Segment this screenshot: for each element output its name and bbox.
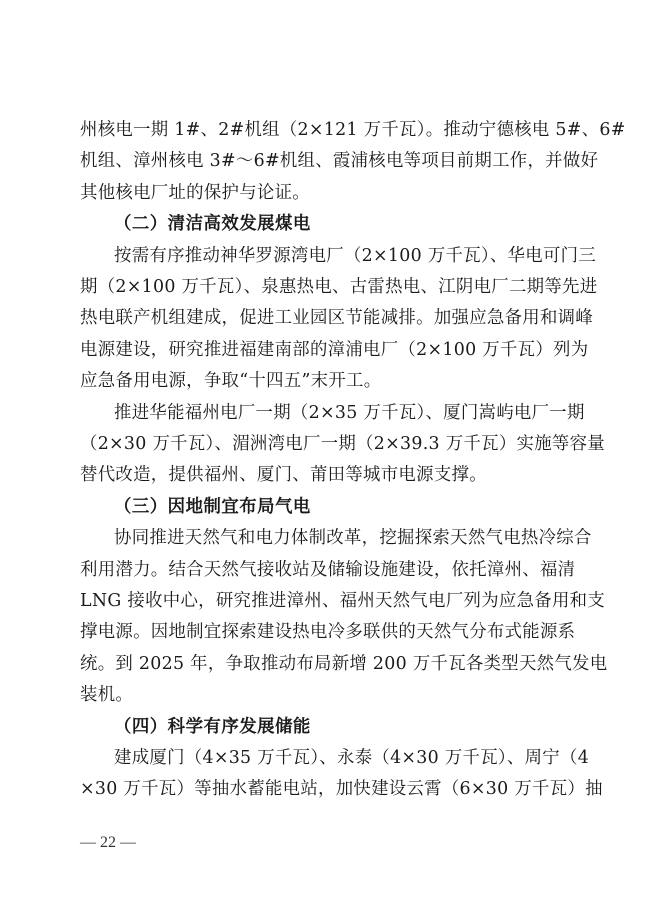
- paragraph-line: 热电联产机组建成，促进工业园区节能减排。加强应急备用和调峰: [80, 303, 564, 334]
- paragraph-line: 撑电源。因地制宜探索建设热电冷多联供的天然气分布式能源系: [80, 617, 564, 648]
- section-heading: （三）因地制宜布局气电: [114, 492, 311, 523]
- paragraph-line: 其他核电厂址的保护与论证。: [80, 178, 564, 209]
- paragraph-line: 利用潜力。结合天然气接收站及储输设施建设，依托漳州、福清: [80, 555, 564, 586]
- paragraph-line: 应急备用电源，争取“十四五”末开工。: [80, 366, 564, 397]
- paragraph-line: 按需有序推动神华罗源湾电厂（2×100 万千瓦）、华电可门三: [114, 241, 564, 272]
- paragraph-line: ×30 万千瓦）等抽水蓄能电站，加快建设云霄（6×30 万千瓦）抽: [80, 774, 564, 805]
- paragraph-line: 装机。: [80, 680, 564, 711]
- paragraph-line: 统。到 2025 年，争取推动布局新增 200 万千瓦各类型天然气发电: [80, 649, 564, 680]
- page-number: — 22 —: [80, 830, 136, 856]
- paragraph-line: 建成厦门（4×35 万千瓦）、永泰（4×30 万千瓦）、周宁（4: [114, 743, 564, 774]
- paragraph-line: 推进华能福州电厂一期（2×35 万千瓦）、厦门嵩屿电厂一期: [114, 398, 564, 429]
- paragraph-line: 替代改造，提供福州、厦门、莆田等城市电源支撑。: [80, 460, 564, 491]
- paragraph-line: 机组、漳州核电 3#～6#机组、霞浦核电等项目前期工作，并做好: [80, 146, 564, 177]
- section-heading: （四）科学有序发展储能: [114, 712, 311, 743]
- paragraph-line: 期（2×100 万千瓦）、泉惠热电、古雷热电、江阴电厂二期等先进: [80, 272, 564, 303]
- paragraph-line: 州核电一期 1#、2#机组（2×121 万千瓦）。推动宁德核电 5#、6#: [80, 115, 564, 146]
- document-page: 州核电一期 1#、2#机组（2×121 万千瓦）。推动宁德核电 5#、6#机组、…: [0, 0, 650, 919]
- paragraph-line: LNG 接收中心，研究推进漳州、福州天然气电厂列为应急备用和支: [80, 586, 564, 617]
- section-heading: （二）清洁高效发展煤电: [114, 209, 311, 240]
- paragraph-line: 电源建设，研究推进福建南部的漳浦电厂（2×100 万千瓦）列为: [80, 335, 564, 366]
- paragraph-line: 协同推进天然气和电力体制改革，挖掘探索天然气电热冷综合: [114, 523, 564, 554]
- paragraph-line: （2×30 万千瓦）、湄洲湾电厂一期（2×39.3 万千瓦）实施等容量: [80, 429, 564, 460]
